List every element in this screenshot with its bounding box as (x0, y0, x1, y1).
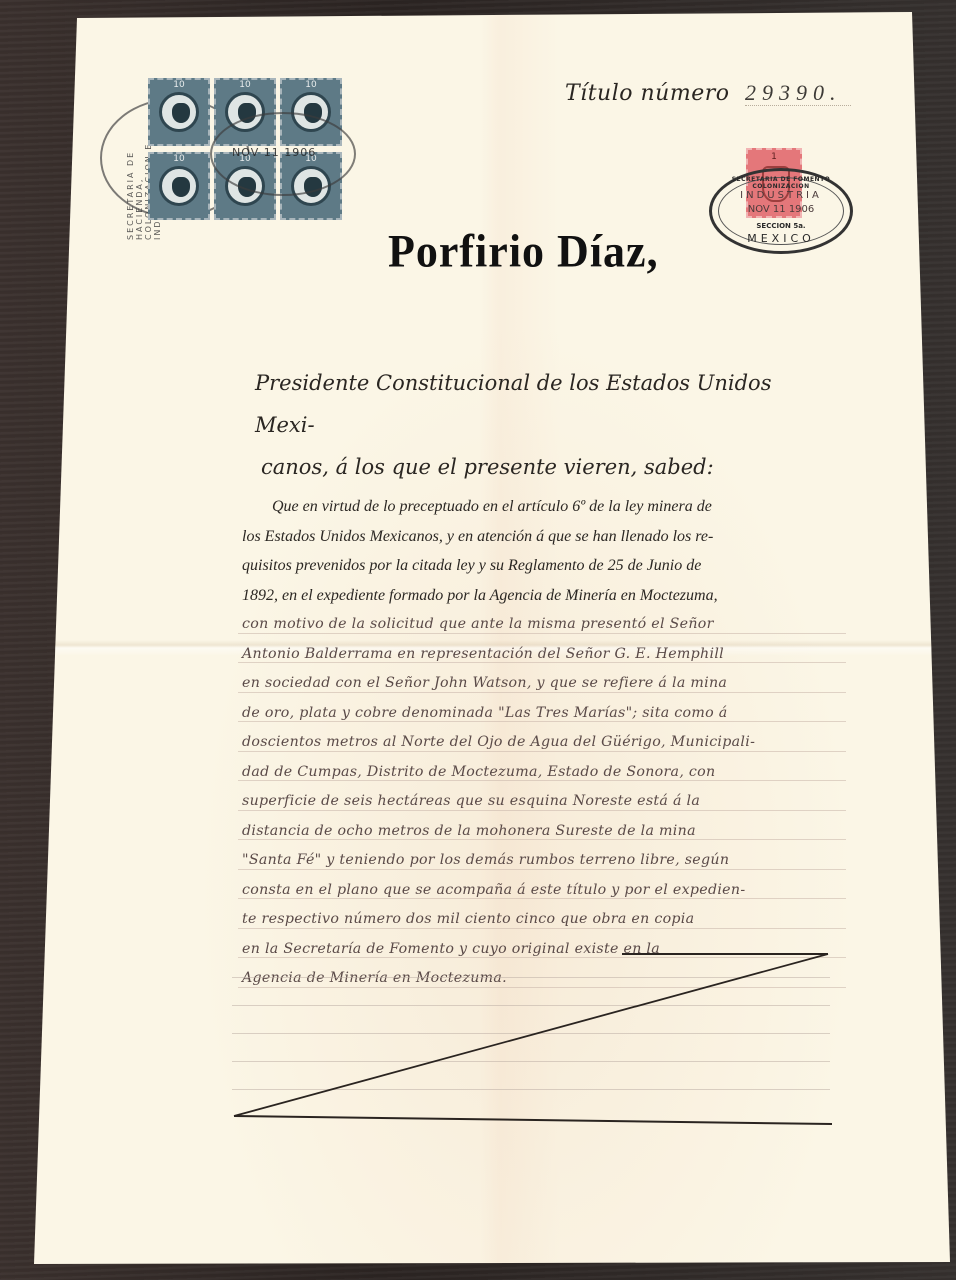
handwritten-line: consta en el plano que se acompaña á est… (242, 876, 842, 906)
handwritten-line: en sociedad con el Señor John Watson, y … (242, 669, 842, 699)
body-line: 1892, en el expediente formado por la Ag… (242, 581, 842, 611)
handwritten-line: distancia de ocho metros de la mohonera … (242, 817, 842, 847)
revenue-stamp: 10 (148, 152, 210, 220)
intro-line-1: Presidente Constitucional de los Estados… (255, 362, 835, 446)
title-number-line: Título número 29390. (565, 80, 851, 106)
handwritten-line: de oro, plata y cobre denominada "Las Tr… (242, 699, 842, 729)
handwritten-line: dad de Cumpas, Distrito de Moctezuma, Es… (242, 758, 842, 788)
handwritten-line: superficie de seis hectáreas que su esqu… (242, 787, 842, 817)
handwritten-line: doscientos metros al Norte del Ojo de Ag… (242, 728, 842, 758)
revenue-stamp: 10 (148, 78, 210, 146)
body-paragraph: Que en virtud de lo preceptuado en el ar… (242, 492, 842, 994)
seal-city: MEXICO (709, 232, 853, 245)
eagle-icon (172, 103, 190, 123)
seal-date: NOV 11 1906 (709, 204, 853, 215)
handwritten-line: "Santa Fé" y teniendo por los demás rumb… (242, 846, 842, 876)
body-line: quisitos prevenidos por la citada ley y … (242, 551, 842, 581)
seal-top-text: SECRETARIA DE FOMENTO COLONIZACION (709, 176, 853, 190)
intro-paragraph: Presidente Constitucional de los Estados… (255, 362, 835, 488)
handwritten-line: con motivo de la solicitud que ante la m… (242, 610, 842, 640)
seal-section: SECCION 5a. (709, 222, 853, 230)
cancel-date: NOV 11 1906 (232, 146, 316, 159)
title-label: Título número (565, 81, 729, 106)
void-strike-lines (230, 948, 840, 1133)
intro-line-2: canos, á los que el presente vieren, sab… (255, 446, 835, 488)
handwritten-line: Antonio Balderrama en representación del… (242, 640, 842, 670)
eagle-icon (172, 177, 190, 197)
body-line: los Estados Unidos Mexicanos, y en atenc… (242, 522, 842, 552)
headline-name: Porfirio Díaz, (388, 225, 659, 279)
seal-industria: INDUSTRIA (709, 190, 853, 201)
handwritten-line: te respectivo número dos mil ciento cinc… (242, 905, 842, 935)
title-number: 29390. (745, 80, 852, 106)
body-line: Que en virtud de lo preceptuado en el ar… (242, 492, 842, 522)
